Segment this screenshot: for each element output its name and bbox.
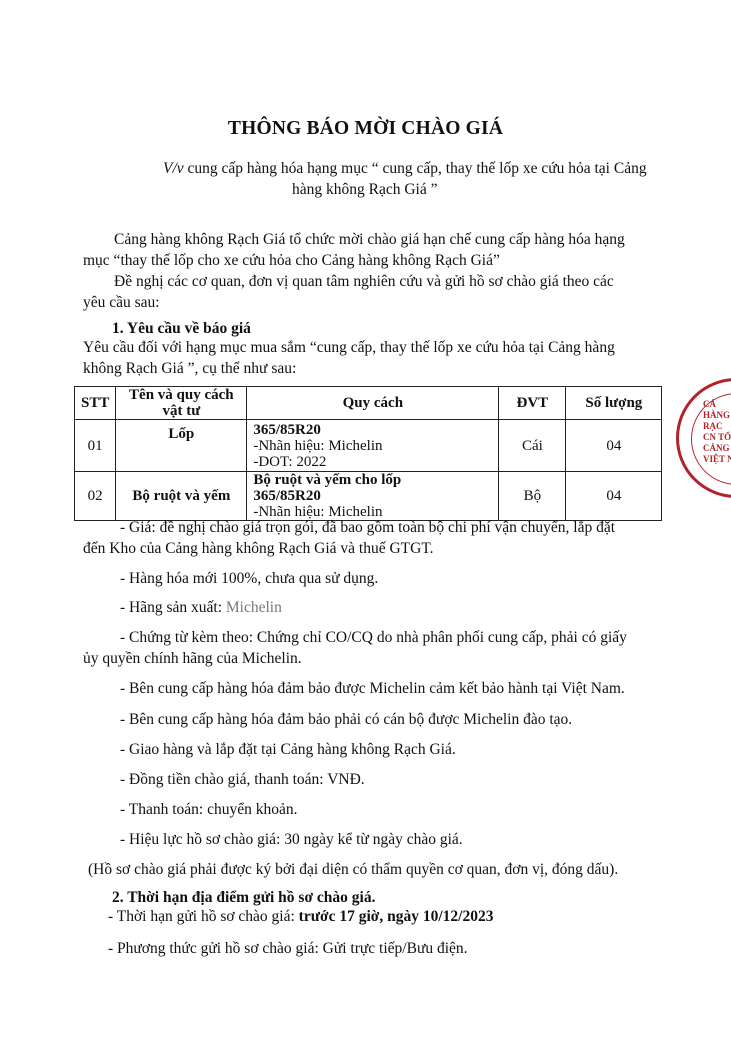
- warranty: - Bên cung cấp hàng hóa đảm bảo được Mic…: [120, 680, 625, 698]
- stamp-text: CẢ HÀNG K RẠC CN TỔNG CẢNG HÀ VIỆT N: [703, 399, 731, 465]
- header-qty: Số lượng: [566, 387, 662, 420]
- request-line-2: yêu cầu sau:: [83, 294, 160, 312]
- currency: - Đồng tiền chào giá, thanh toán: VNĐ.: [120, 771, 365, 789]
- signature-note: (Hồ sơ chào giá phải được ký bởi đại diệ…: [88, 861, 618, 879]
- spec-size: 365/85R20: [253, 422, 492, 438]
- table-row: 01 Lốp 365/85R20 -Nhãn hiệu: Michelin -D…: [75, 420, 662, 472]
- row-qty: 04: [566, 420, 662, 472]
- row-unit: Cái: [499, 420, 566, 472]
- official-stamp: CẢ HÀNG K RẠC CN TỔNG CẢNG HÀ VIỆT N: [676, 378, 731, 498]
- delivery: - Giao hàng và lắp đặt tại Cảng hàng khô…: [120, 741, 456, 759]
- row-spec: Bộ ruột và yếm cho lốp 365/85R20 -Nhãn h…: [247, 472, 499, 521]
- section-1-heading: 1. Yêu cầu về báo giá: [112, 320, 251, 338]
- spec-size: 365/85R20: [253, 488, 492, 504]
- spec-dot: -DOT: 2022: [253, 454, 492, 470]
- request-line-1: Đề nghị các cơ quan, đơn vị quan tâm ngh…: [114, 273, 614, 291]
- intro-line-2: mục “thay thế lốp cho xe cứu hỏa cho Cản…: [83, 252, 500, 270]
- price-line-1: - Giá: đề nghị chào giá trọn gói, đã bao…: [120, 519, 615, 537]
- spec-brand: -Nhãn hiệu: Michelin: [253, 438, 492, 454]
- header-stt: STT: [75, 387, 116, 420]
- row-qty: 04: [566, 472, 662, 521]
- deadline: - Thời hạn gửi hồ sơ chào giá: trước 17 …: [108, 908, 493, 926]
- manufacturer-value: Michelin: [226, 599, 282, 616]
- section-1-line-1: Yêu cầu đối với hạng mục mua sắm “cung c…: [83, 339, 615, 357]
- price-line-2: đến Kho của Cảng hàng không Rạch Giá và …: [83, 540, 434, 558]
- table-header-row: STT Tên và quy cách vật tư Quy cách ĐVT …: [75, 387, 662, 420]
- subject-text: cung cấp hàng hóa hạng mục “ cung cấp, t…: [184, 160, 647, 177]
- section-2-heading: 2. Thời hạn địa điểm gửi hồ sơ chào giá.: [112, 889, 375, 907]
- trained-staff: - Bên cung cấp hàng hóa đảm bảo phải có …: [120, 711, 572, 729]
- row-stt: 01: [75, 420, 116, 472]
- row-name: Bộ ruột và yếm: [116, 472, 247, 521]
- spec-brand: -Nhãn hiệu: Michelin: [253, 504, 492, 520]
- deadline-label: - Thời hạn gửi hồ sơ chào giá:: [108, 908, 299, 925]
- stamp-line: VIỆT N: [703, 454, 731, 465]
- payment: - Thanh toán: chuyển khoản.: [120, 801, 298, 819]
- manufacturer: - Hãng sản xuất: Michelin: [120, 599, 282, 617]
- document-title: THÔNG BÁO MỜI CHÀO GIÁ: [0, 118, 731, 140]
- header-name: Tên và quy cách vật tư: [116, 387, 247, 420]
- manufacturer-label: - Hãng sản xuất:: [120, 599, 226, 616]
- stamp-line: CN TỔNG: [703, 432, 731, 443]
- stamp-line: RẠC: [703, 421, 731, 432]
- submission-method: - Phương thức gửi hồ sơ chào giá: Gửi tr…: [108, 940, 468, 958]
- row-spec: 365/85R20 -Nhãn hiệu: Michelin -DOT: 202…: [247, 420, 499, 472]
- subject-line-1: V/v cung cấp hàng hóa hạng mục “ cung cấ…: [163, 160, 647, 178]
- table-row: 02 Bộ ruột và yếm Bộ ruột và yếm cho lốp…: [75, 472, 662, 521]
- deadline-value: trước 17 giờ, ngày 10/12/2023: [299, 908, 494, 925]
- docs-line-2: ủy quyền chính hãng của Michelin.: [83, 650, 302, 668]
- subject-prefix: V/v: [163, 160, 184, 177]
- stamp-line: HÀNG K: [703, 410, 731, 421]
- stamp-line: CẢ: [703, 399, 731, 410]
- spec-title: Bộ ruột và yếm cho lốp: [253, 472, 492, 488]
- validity: - Hiệu lực hồ sơ chào giá: 30 ngày kể từ…: [120, 831, 463, 849]
- row-name: Lốp: [116, 420, 247, 472]
- intro-line-1: Cảng hàng không Rạch Giá tổ chức mời chà…: [114, 231, 625, 249]
- header-spec: Quy cách: [247, 387, 499, 420]
- row-stt: 02: [75, 472, 116, 521]
- items-table: STT Tên và quy cách vật tư Quy cách ĐVT …: [74, 386, 662, 521]
- section-1-line-2: không Rạch Giá ”, cụ thể như sau:: [83, 360, 296, 378]
- header-unit: ĐVT: [499, 387, 566, 420]
- docs-line-1: - Chứng từ kèm theo: Chứng chỉ CO/CQ do …: [120, 629, 627, 647]
- new-goods: - Hàng hóa mới 100%, chưa qua sử dụng.: [120, 570, 378, 588]
- subject-line-2: hàng không Rạch Giá ”: [292, 181, 438, 199]
- row-unit: Bộ: [499, 472, 566, 521]
- stamp-line: CẢNG HÀ: [703, 443, 731, 454]
